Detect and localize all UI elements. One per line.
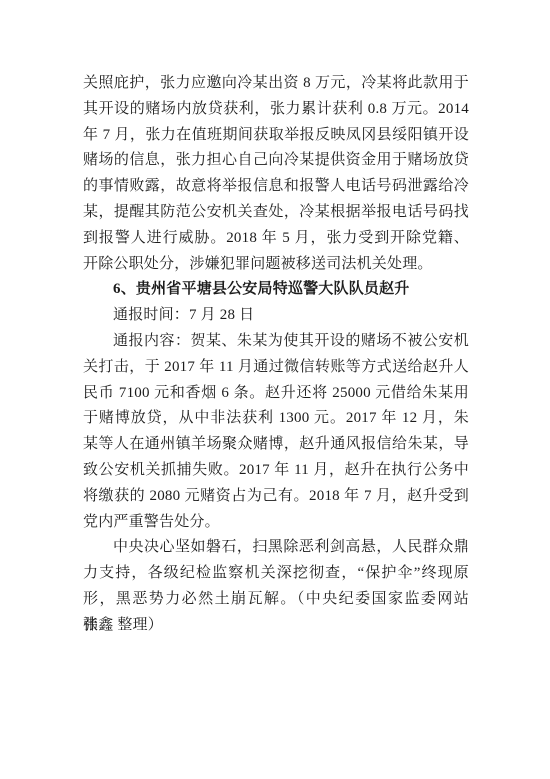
text-line: 形，黑恶势力必然土崩瓦解。（中央纪委国家监委网站 张	[83, 587, 469, 613]
text-line: 到报警人进行威胁。2018 年 5 月，张力受到开除党籍、	[83, 226, 469, 252]
text-line: 于赌博放贷，从中非法获利 1300 元。2017 年 12 月，朱	[83, 406, 469, 432]
text-line: 赌场的信息，张力担心自己向冷某提供资金用于赌场放贷	[83, 148, 469, 174]
text-line: 关照庇护，张力应邀向冷某出资 8 万元，冷某将此款用于	[83, 71, 469, 97]
text-line: 开除公职处分，涉嫌犯罪问题被移送司法机关处理。	[83, 252, 469, 278]
text-line: 其开设的赌场内放贷获利，张力累计获利 0.8 万元。2014	[83, 97, 469, 123]
text-line: 中央决心坚如磐石，扫黑除恶利剑高悬，人民群众鼎	[83, 535, 469, 561]
text-line: 将缴获的 2080 元赌资占为己有。2018 年 7 月，赵升受到	[83, 484, 469, 510]
text-line: 党内严重警告处分。	[83, 510, 469, 536]
text-line: 年 7 月，张力在值班期间获取举报反映凤冈县绥阳镇开设	[83, 123, 469, 149]
paragraph-closing: 中央决心坚如磐石，扫黑除恶利剑高悬，人民群众鼎 力支持，各级纪检监察机关深挖彻查…	[83, 535, 469, 638]
text-line: 某，提醒其防范公安机关查处，冷某根据举报电话号码找	[83, 200, 469, 226]
section-6-heading: 6、贵州省平塘县公安局特巡警大队队员赵升	[83, 277, 469, 303]
text-line: 力支持，各级纪检监察机关深挖彻查，“保护伞”终现原	[83, 561, 469, 587]
text-line: 关打击，于 2017 年 11 月通过微信转账等方式送给赵升人	[83, 355, 469, 381]
text-line: 祎鑫 整理）	[83, 613, 469, 639]
document-page: 关照庇护，张力应邀向冷某出资 8 万元，冷某将此款用于 其开设的赌场内放贷获利，…	[0, 0, 550, 779]
report-time-line: 通报时间：7 月 28 日	[83, 303, 469, 329]
text-line: 民币 7100 元和香烟 6 条。赵升还将 25000 元借给朱某用	[83, 381, 469, 407]
paragraph-zhangli-case: 关照庇护，张力应邀向冷某出资 8 万元，冷某将此款用于 其开设的赌场内放贷获利，…	[83, 71, 469, 277]
text-line: 某等人在通州镇羊场聚众赌博，赵升通风报信给朱某，导	[83, 432, 469, 458]
text-line: 通报内容：贺某、朱某为使其开设的赌场不被公安机	[83, 329, 469, 355]
text-line: 致公安机关抓捕失败。2017 年 11 月，赵升在执行公务中	[83, 458, 469, 484]
text-line: 的事情败露，故意将举报信息和报警人电话号码泄露给冷	[83, 174, 469, 200]
paragraph-report-content: 通报内容：贺某、朱某为使其开设的赌场不被公安机 关打击，于 2017 年 11 …	[83, 329, 469, 535]
